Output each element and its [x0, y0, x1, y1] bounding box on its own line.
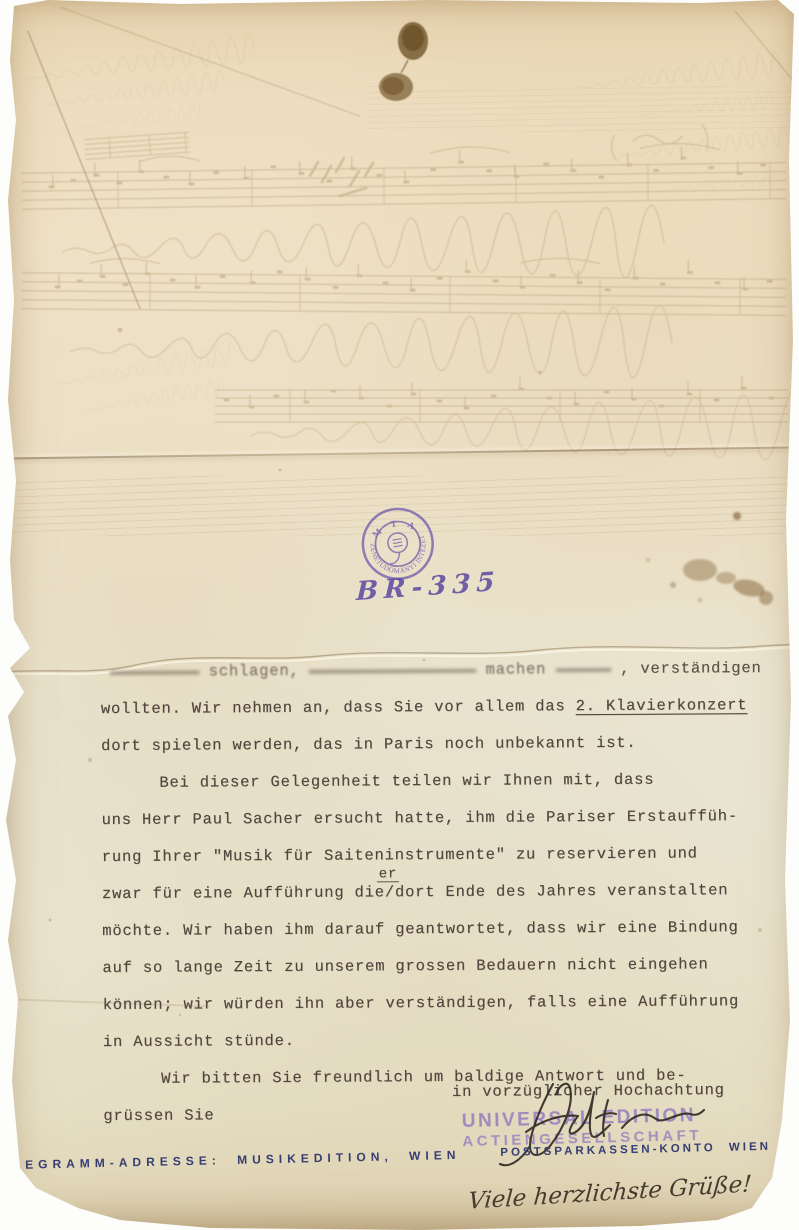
- letter-text: wollten. Wir nehmen an, dass Sie vor all…: [101, 697, 576, 718]
- letter-fragment: , verständigen: [620, 650, 762, 688]
- smear-bar: [110, 670, 200, 675]
- scanned-letter-scene: M T A ZENETUDOMÁNYI INTÉZET BR-335 schla…: [0, 0, 799, 1230]
- letter-text: dort Ende des Jahres veranstalten: [395, 881, 728, 901]
- underlined-work-title: 2. Klavierkonzert: [576, 696, 748, 715]
- smear-bar: [309, 668, 477, 673]
- letter-line: uns Herr Paul Sacher ersucht hatte, ihm …: [101, 798, 773, 839]
- letter-page: M T A ZENETUDOMÁNYI INTÉZET BR-335 schla…: [0, 0, 799, 1230]
- letter-body: schlagen, machen , verständigen wollten.…: [101, 650, 776, 1135]
- letter-fragment: machen: [485, 651, 546, 688]
- svg-text:M T A: M T A: [369, 514, 422, 540]
- typed-insertion: er/: [385, 883, 395, 901]
- letter-line: auf so lange Zeit zu unserem grossen Bed…: [102, 946, 774, 987]
- letter-line-obscured: schlagen, machen , verständigen: [101, 650, 773, 691]
- scan-stripe-band-top: [368, 86, 799, 132]
- account-number: 57557: [779, 1141, 799, 1153]
- letter-fragment: schlagen,: [209, 653, 300, 691]
- inserted-word: er: [377, 867, 399, 882]
- letter-line: rung Ihrer "Musik für Saiteninstrumente"…: [102, 835, 774, 876]
- letter-line: können; wir würden ihn aber verständigen…: [103, 983, 775, 1024]
- letter-line: in Aussicht stünde.: [103, 1020, 775, 1061]
- letter-line-with-insertion: zwar für eine Aufführung dieer/dort Ende…: [102, 872, 774, 913]
- stamp-acronym: M T A: [369, 514, 422, 540]
- letter-text: zwar für eine Aufführung die: [102, 883, 385, 903]
- letter-line: wollten. Wir nehmen an, dass Sie vor all…: [101, 687, 773, 728]
- insertion-slash: /: [385, 883, 395, 901]
- letter-line: Bei dieser Gelegenheit teilen wir Ihnen …: [101, 761, 773, 802]
- letter-line: dort spielen werden, das in Paris noch u…: [101, 724, 773, 765]
- smear-bar: [555, 667, 611, 671]
- letter-line: möchte. Wir haben ihm darauf geantwortet…: [102, 909, 774, 950]
